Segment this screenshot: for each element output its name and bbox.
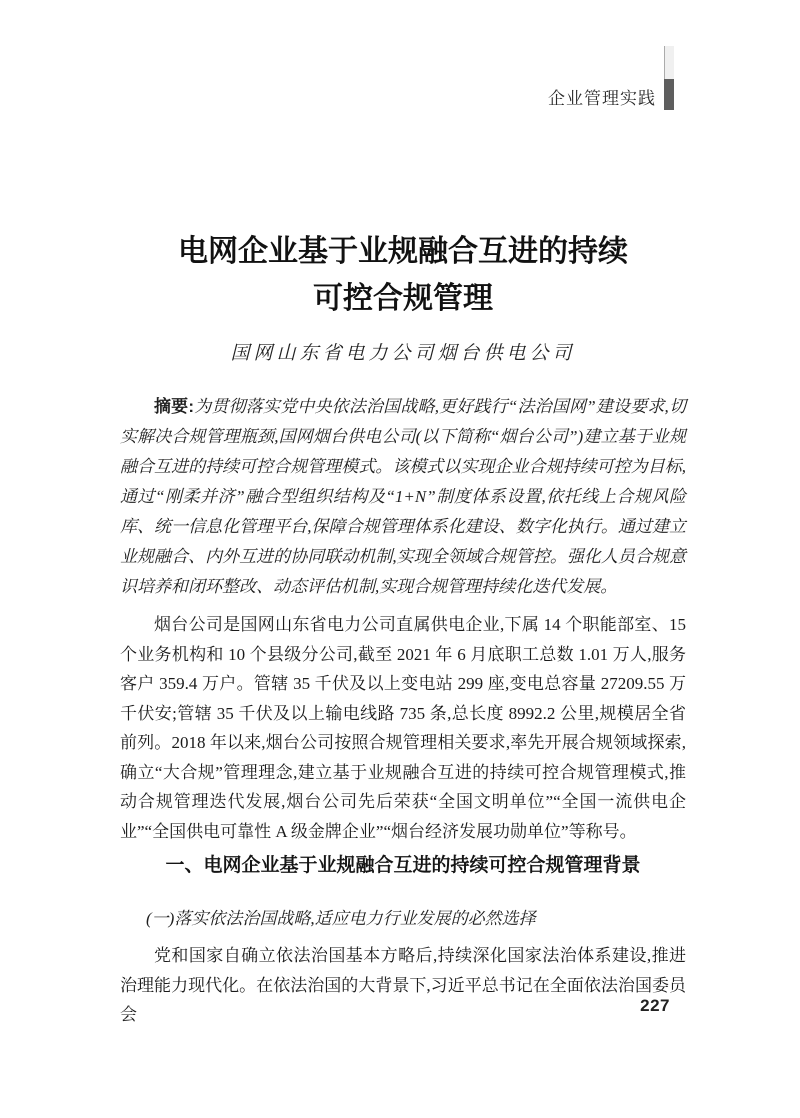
header-accent-bar-bottom xyxy=(664,79,674,110)
article-title-line1: 电网企业基于业规融合互进的持续 xyxy=(120,228,686,275)
body-paragraph-1: 烟台公司是国网山东省电力公司直属供电企业,下属 14 个职能部室、15 个业务机… xyxy=(120,610,686,846)
author-organization: 国网山东省电力公司烟台供电公司 xyxy=(120,338,686,365)
article-title-line2: 可控合规管理 xyxy=(120,275,686,322)
page-number: 227 xyxy=(640,996,670,1016)
abstract-text: 为贯彻落实党中央依法治国战略,更好践行“法治国网”建设要求,切实解决合规管理瓶颈… xyxy=(120,397,686,596)
abstract-paragraph: 摘要:为贯彻落实党中央依法治国战略,更好践行“法治国网”建设要求,切实解决合规管… xyxy=(120,392,686,602)
body-paragraph-2: 党和国家自确立依法治国基本方略后,持续深化国家法治体系建设,推进治理能力现代化。… xyxy=(120,941,686,1030)
subsection-1-heading: (一)落实依法治国战略,适应电力行业发展的必然选择 xyxy=(120,904,686,929)
running-header-label: 企业管理实践 xyxy=(548,84,656,109)
header-accent-bar xyxy=(664,46,674,110)
abstract-label: 摘要: xyxy=(154,397,194,416)
article-title: 电网企业基于业规融合互进的持续 可控合规管理 xyxy=(120,228,686,322)
section-1-heading: 一、电网企业基于业规融合互进的持续可控合规管理背景 xyxy=(120,850,686,877)
header-accent-bar-top xyxy=(664,46,674,79)
document-page: 企业管理实践 电网企业基于业规融合互进的持续 可控合规管理 国网山东省电力公司烟… xyxy=(0,0,800,1118)
